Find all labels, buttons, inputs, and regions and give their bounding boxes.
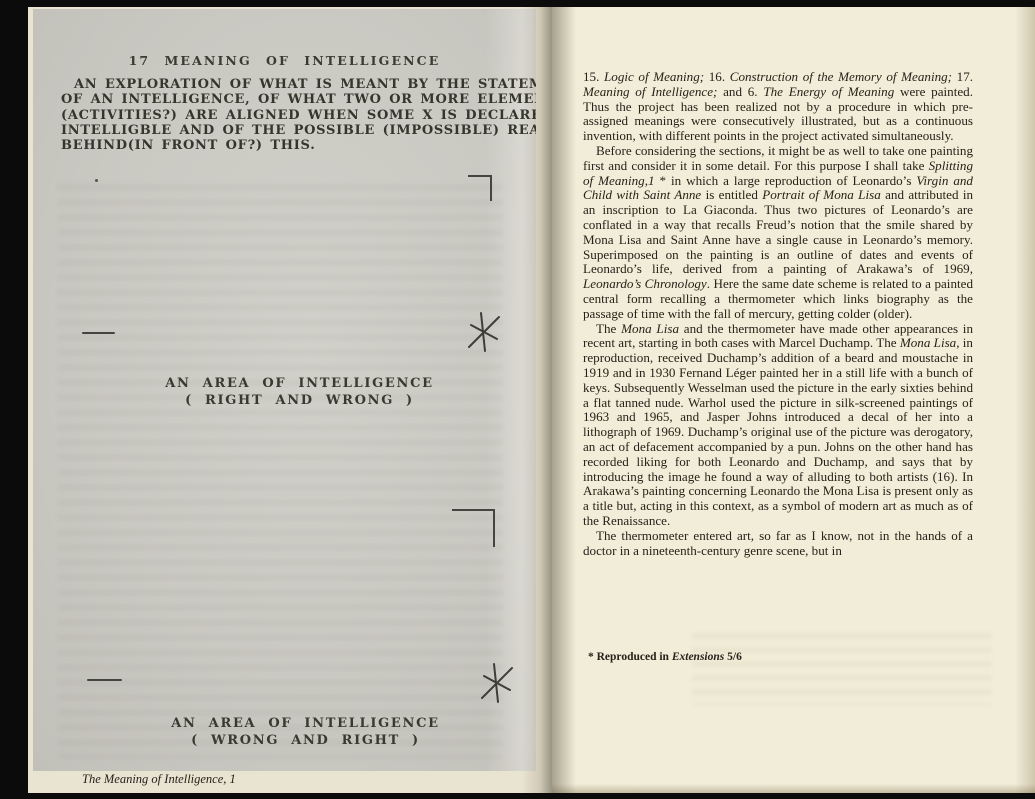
- area-label-wrong-right: AN AREA OF INTELLIGENCE ( WRONG AND RIGH…: [54, 715, 536, 749]
- left-page: 17 MEANING OF INTELLIGENCE AN EXPLORATIO…: [28, 7, 552, 793]
- paragraph: Before considering the sections, it migh…: [583, 144, 973, 322]
- plate-caption: The Meaning of Intelligence, 1: [82, 772, 236, 787]
- artwork-plate: 17 MEANING OF INTELLIGENCE AN EXPLORATIO…: [33, 9, 536, 771]
- gutter-shadow: [522, 7, 552, 793]
- body-text: 15. Logic of Meaning; 16. Construction o…: [583, 70, 973, 558]
- paragraph: The thermometer entered art, so far as I…: [583, 529, 973, 559]
- area-label-line: ( RIGHT AND WRONG ): [48, 392, 536, 409]
- area-label-line: AN AREA OF INTELLIGENCE: [48, 375, 536, 392]
- footnote: * Reproduced in Extensions 5/6: [588, 651, 742, 663]
- statement-line: AN EXPLORATION OF WHAT IS MEANT BY THE S…: [61, 77, 536, 92]
- page-edge-shadow: [552, 784, 1035, 793]
- corner-bracket-mark-upper: [468, 175, 492, 201]
- right-page: 15. Logic of Meaning; 16. Construction o…: [552, 7, 1035, 793]
- asterisk-mark-upper: [461, 311, 505, 355]
- dot-mark: [95, 179, 98, 182]
- area-label-line: ( WRONG AND RIGHT ): [54, 732, 536, 749]
- book-spread-scan: 17 MEANING OF INTELLIGENCE AN EXPLORATIO…: [0, 0, 1035, 799]
- gutter-shadow: [552, 7, 576, 793]
- corner-bracket-mark-lower: [452, 509, 495, 547]
- paragraph: 15. Logic of Meaning; 16. Construction o…: [583, 70, 973, 144]
- page-edge-shadow: [1015, 7, 1035, 793]
- bleedthrough-texture: [692, 633, 992, 705]
- area-label-line: AN AREA OF INTELLIGENCE: [54, 715, 536, 732]
- asterisk-mark-lower: [474, 662, 518, 706]
- area-label-right-wrong: AN AREA OF INTELLIGENCE ( RIGHT AND WRON…: [48, 375, 536, 409]
- dash-mark-upper: [82, 332, 115, 334]
- dash-mark-lower: [87, 679, 122, 681]
- statement-line: BEHIND(IN FRONT OF?) THIS.: [61, 138, 536, 153]
- paragraph: The Mona Lisa and the thermometer have m…: [583, 322, 973, 529]
- bleedthrough-texture: [58, 184, 503, 759]
- statement-line: OF AN INTELLIGENCE, OF WHAT TWO OR MORE …: [61, 92, 536, 107]
- artwork-running-head: 17 MEANING OF INTELLIGENCE: [33, 53, 536, 68]
- statement-line: INTELLIGBLE AND OF THE POSSIBLE (IMPOSSI…: [61, 123, 536, 138]
- artwork-statement: AN EXPLORATION OF WHAT IS MEANT BY THE S…: [61, 77, 536, 153]
- statement-line: (ACTIVITIES?) ARE ALIGNED WHEN SOME X IS…: [61, 108, 536, 123]
